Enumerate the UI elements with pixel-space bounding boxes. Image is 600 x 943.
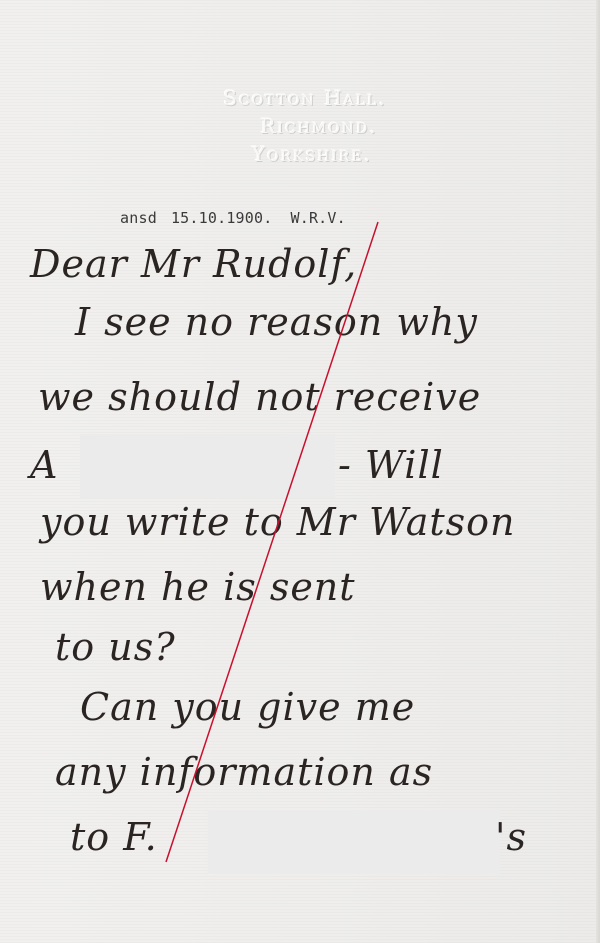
paper-edge bbox=[596, 0, 600, 943]
salutation: Dear Mr Rudolf, bbox=[30, 242, 357, 286]
letter-line-2: we should not receive bbox=[38, 375, 481, 419]
letter-line-7: Can you give me bbox=[80, 685, 415, 729]
answered-date: 15.10.1900. bbox=[171, 209, 273, 227]
letter-line-4: you write to Mr Watson bbox=[40, 500, 516, 544]
letter-line-3-end: - Will bbox=[338, 443, 444, 487]
letter-line-5: when he is sent bbox=[40, 565, 356, 609]
letter-line-1: I see no reason why bbox=[75, 300, 478, 344]
letter-line-9-start: to F. bbox=[70, 815, 158, 859]
letter-line-8: any information as bbox=[55, 750, 433, 794]
letter-line-3-start: A bbox=[30, 443, 58, 487]
redaction-box-1 bbox=[80, 434, 335, 498]
letterhead-line-2: Richmond. bbox=[218, 112, 420, 140]
letter-line-6: to us? bbox=[55, 625, 176, 669]
embossed-letterhead: Scotton Hall. Richmond. Yorkshire. bbox=[180, 84, 420, 168]
letter-line-9-end: 's bbox=[495, 815, 527, 859]
letterhead-line-1: Scotton Hall. bbox=[190, 84, 420, 112]
answered-status: ansd bbox=[120, 209, 157, 227]
letterhead-line-3: Yorkshire. bbox=[204, 140, 420, 168]
initials: W.R.V. bbox=[290, 209, 345, 227]
typed-annotation: ansd15.10.1900.W.R.V. bbox=[120, 209, 360, 227]
redaction-box-2 bbox=[208, 810, 500, 874]
